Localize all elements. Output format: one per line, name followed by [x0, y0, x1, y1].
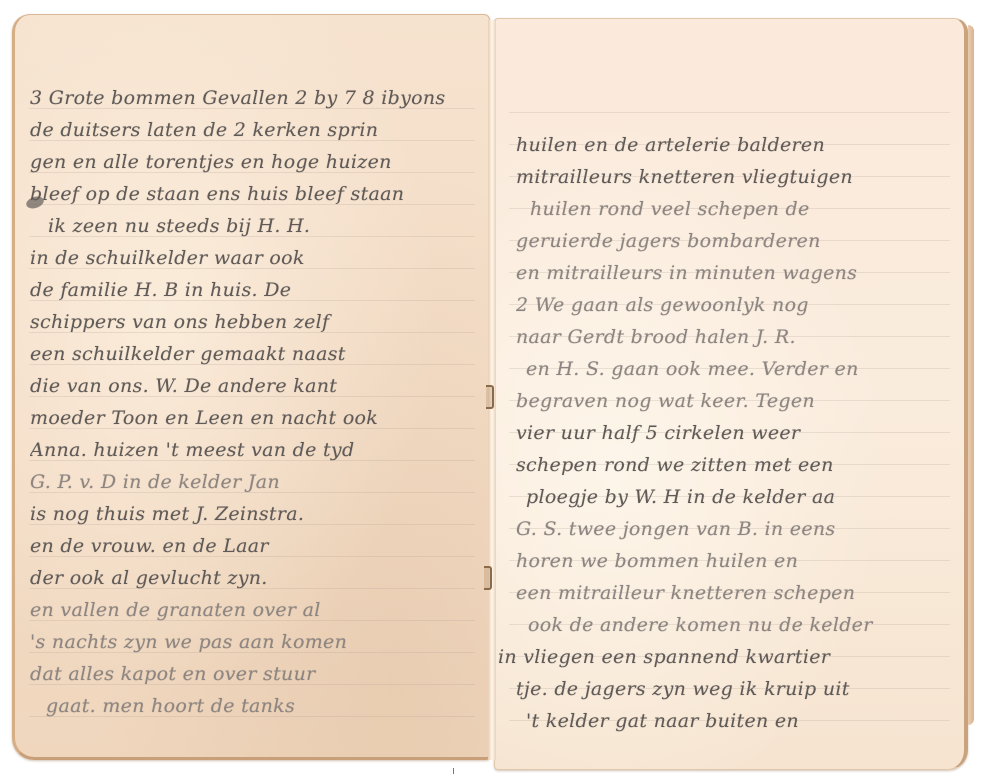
handwritten-line: 't kelder gat naar buiten en [516, 705, 956, 737]
handwritten-line: 3 Grote bommen Gevallen 2 by 7 8 ibyons [30, 82, 470, 114]
handwritten-line: een mitrailleur knetteren schepen [516, 577, 956, 609]
handwritten-line: ploegje by W. H in de kelder aa [516, 481, 956, 513]
handwritten-line: begraven nog wat keer. Tegen [516, 385, 956, 417]
handwritten-line: en mitrailleurs in minuten wagens [516, 257, 956, 289]
handwritten-line: huilen rond veel schepen de [516, 193, 956, 225]
handwritten-line: de familie H. B in huis. De [30, 274, 470, 306]
scan-artifact [453, 768, 454, 774]
handwritten-line: schepen rond we zitten met een [516, 449, 956, 481]
handwritten-line: en vallen de granaten over al [30, 594, 470, 626]
handwritten-line: een schuilkelder gemaakt naast [30, 338, 470, 370]
handwritten-line: G. S. twee jongen van B. in eens [516, 513, 956, 545]
handwritten-line: G. P. v. D in de kelder Jan [30, 466, 470, 498]
right-page-text: huilen en de artelerie balderen mitraill… [516, 129, 956, 737]
handwritten-line: naar Gerdt brood halen J. R. [516, 321, 956, 353]
staple-icon [486, 385, 494, 409]
handwritten-line: mitrailleurs knetteren vliegtuigen [516, 161, 956, 193]
handwritten-line: en de vrouw. en de Laar [30, 530, 470, 562]
handwritten-line: en H. S. gaan ook mee. Verder en [516, 353, 956, 385]
handwritten-line: ik zeen nu steeds bij H. H. [30, 210, 470, 242]
handwritten-line: 2 We gaan als gewoonlyk nog [516, 289, 956, 321]
handwritten-line: dat alles kapot en over stuur [30, 658, 470, 690]
handwritten-line: Anna. huizen 't meest van de tyd [30, 434, 470, 466]
handwritten-line: is nog thuis met J. Zeinstra. [30, 498, 470, 530]
handwritten-line: vier uur half 5 cirkelen weer [516, 417, 956, 449]
left-page-text: 3 Grote bommen Gevallen 2 by 7 8 ibyons … [30, 82, 470, 722]
handwritten-line: horen we bommen huilen en [516, 545, 956, 577]
handwritten-line: ook de andere komen nu de kelder [516, 609, 956, 641]
handwritten-line: moeder Toon en Leen en nacht ook [30, 402, 470, 434]
handwritten-line: schippers van ons hebben zelf [30, 306, 470, 338]
handwritten-line: 's nachts zyn we pas aan komen [30, 626, 470, 658]
handwritten-line: in vliegen een spannend kwartier [498, 641, 956, 673]
notebook-spread: 3 Grote bommen Gevallen 2 by 7 8 ibyons … [0, 0, 984, 779]
handwritten-line: tje. de jagers zyn weg ik kruip uit [516, 673, 956, 705]
staple-icon [484, 566, 492, 590]
handwritten-line: de duitsers laten de 2 kerken sprin [30, 114, 470, 146]
handwritten-line: geruierde jagers bombarderen [516, 225, 956, 257]
handwritten-line: in de schuilkelder waar ook [30, 242, 470, 274]
handwritten-line: der ook al gevlucht zyn. [30, 562, 470, 594]
handwritten-line: die van ons. W. De andere kant [30, 370, 470, 402]
handwritten-line: bleef op de staan ens huis bleef staan [30, 178, 470, 210]
handwritten-line: gaat. men hoort de tanks [30, 690, 470, 722]
handwritten-line: huilen en de artelerie balderen [516, 129, 956, 161]
handwritten-line: gen en alle torentjes en hoge huizen [30, 146, 470, 178]
